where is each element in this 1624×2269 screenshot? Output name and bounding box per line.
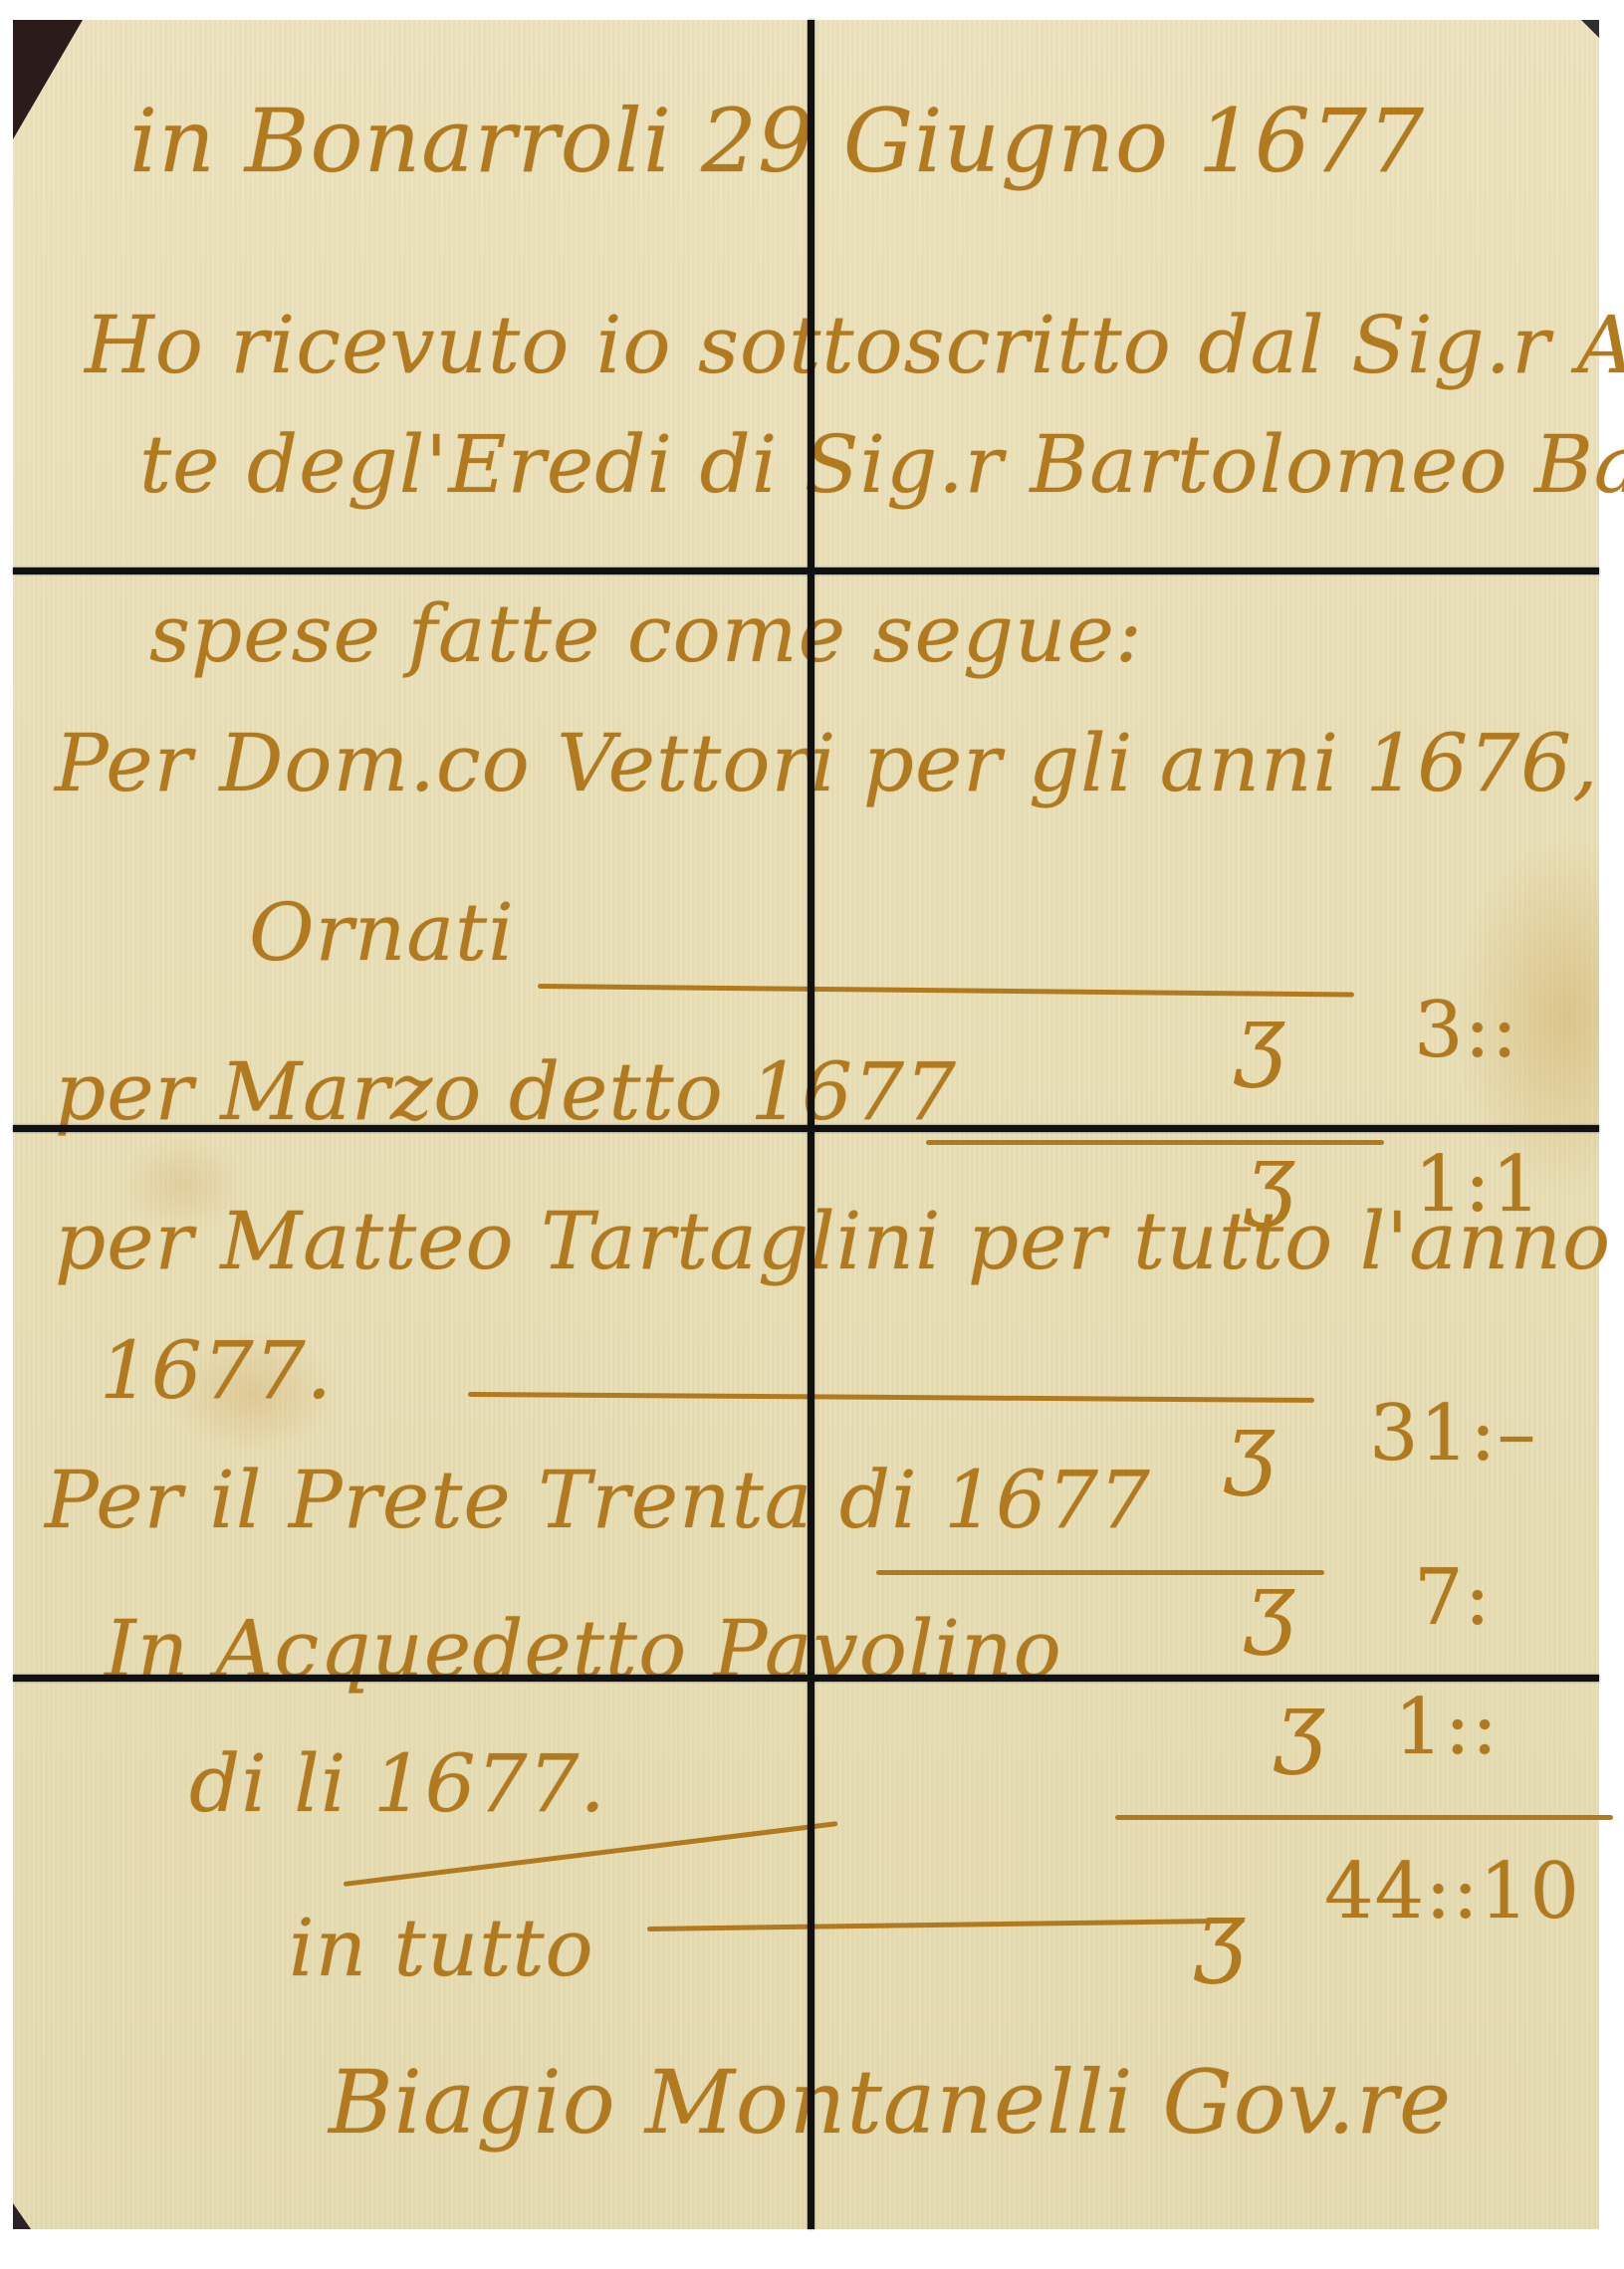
text-line-ornati: Ornati	[249, 886, 515, 979]
heading-line: in Bonarroli 29 Giugno 1677	[129, 90, 1425, 192]
text-line-matteo: per Matteo Tartaglini per tutto l'anno	[55, 1195, 1611, 1287]
text-line-5: Per Dom.co Vettori per gli anni 1676, e …	[55, 717, 1624, 809]
page-corner-dark-bottom-left	[13, 2203, 31, 2229]
grid-line-horizontal-1	[13, 567, 1599, 574]
text-line-acquedetto: In Acquedetto Pavolino	[105, 1603, 1062, 1696]
text-line-2: Ho ricevuto io sottoscritto dal Sig.r Ag…	[85, 299, 1624, 391]
text-line-4: spese fatte come segue:	[149, 587, 1143, 680]
line-rule-marzo	[926, 1140, 1384, 1145]
text-line-3: te degl'Eredi di Sig.r Bartolomeo Baldac…	[139, 418, 1624, 511]
amount-prete: 7:	[1414, 1553, 1492, 1643]
brace-mark: ʒ	[1225, 1394, 1276, 1498]
signature: Biagio Montanelli Gov.re	[329, 2051, 1452, 2154]
brace-mark: ʒ	[1275, 1673, 1325, 1777]
total-rule-upper	[1115, 1815, 1613, 1820]
page-corner-dark-top-right	[1581, 20, 1599, 38]
text-line-prete: Per il Prete Trenta di 1677	[45, 1454, 1151, 1546]
text-total-label: in tutto	[289, 1902, 594, 1994]
amount-total: 44::10	[1324, 1847, 1580, 1936]
amount-acquedetto: 1::	[1394, 1683, 1499, 1772]
page-corner-dark-top-left	[13, 20, 83, 139]
amount-ornati: 3::	[1414, 986, 1518, 1075]
text-line-1677: 1677.	[100, 1324, 333, 1417]
text-line-di-li-1677: di li 1677.	[189, 1737, 606, 1830]
grid-line-horizontal-2	[13, 1125, 1599, 1132]
brace-mark: ʒ	[1245, 1553, 1295, 1658]
grid-line-horizontal-3	[13, 1675, 1599, 1682]
amount-matteo: 31:–	[1369, 1389, 1537, 1478]
brace-mark: ʒ	[1235, 986, 1285, 1090]
brace-mark: ʒ	[1195, 1882, 1246, 1986]
